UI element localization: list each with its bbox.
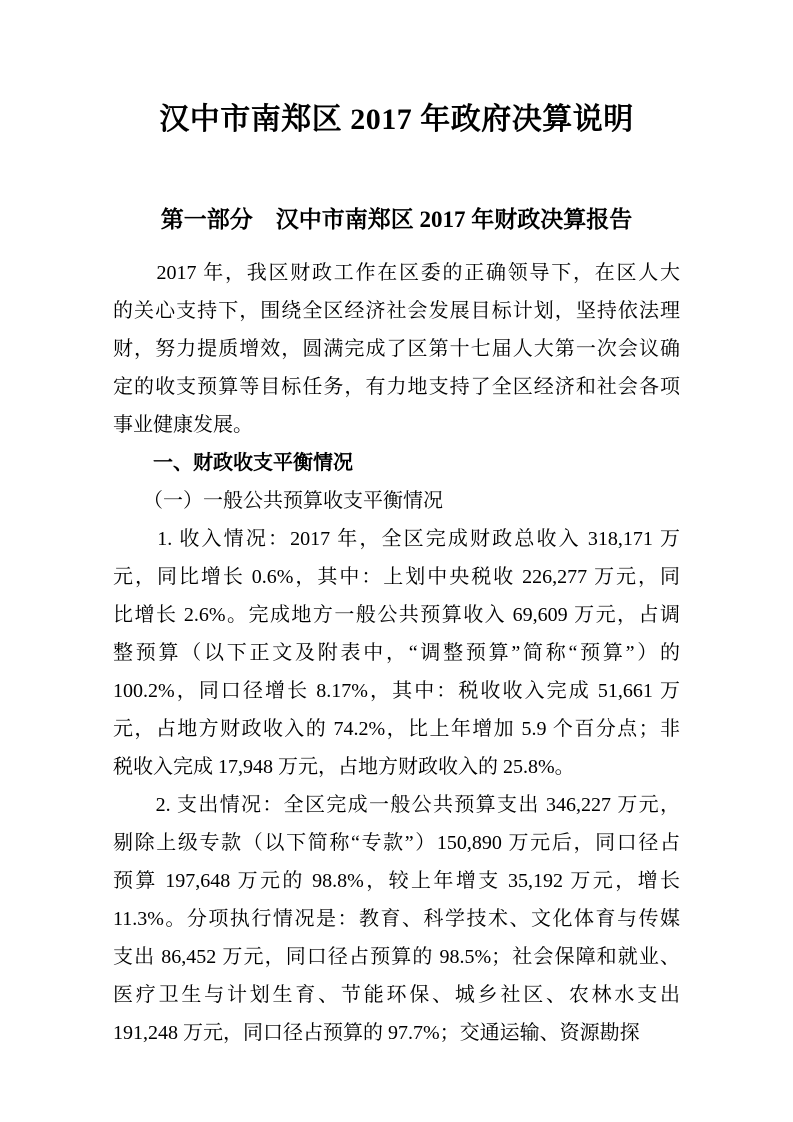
text-line: 事业健康发展。 (113, 406, 680, 444)
text-line: 整预算（以下正文及附表中，“调整预算”简称“预算”）的 (113, 634, 680, 672)
paragraph: 2. 支出情况：全区完成一般公共预算支出 346,227 万元，剔除上级专款（以… (113, 786, 680, 1052)
text-line: 元，占地方财政收入的 74.2%，比上年增加 5.9 个百分点；非 (113, 710, 680, 748)
text-line: 2017 年，我区财政工作在区委的正确领导下，在区人大 (113, 254, 680, 292)
text-line: 比增长 2.6%。完成地方一般公共预算收入 69,609 万元，占调 (113, 596, 680, 634)
text-line: 1. 收入情况：2017 年，全区完成财政总收入 318,171 万 (113, 520, 680, 558)
text-line: 2. 支出情况：全区完成一般公共预算支出 346,227 万元， (113, 786, 680, 824)
text-line: 医疗卫生与计划生育、节能环保、城乡社区、农林水支出 (113, 976, 680, 1014)
text-line: 一、财政收支平衡情况 (113, 444, 680, 482)
part-one-heading: 第一部分 汉中市南郑区 2017 年财政决算报告 (113, 200, 680, 240)
text-line: 定的收支预算等目标任务，有力地支持了全区经济和社会各项 (113, 368, 680, 406)
subsection-heading: （一）一般公共预算收支平衡情况 (113, 482, 680, 520)
text-line: 预算 197,648 万元的 98.8%，较上年增支 35,192 万元，增长 (113, 862, 680, 900)
text-line: 100.2%，同口径增长 8.17%，其中：税收收入完成 51,661 万 (113, 672, 680, 710)
document-content: 汉中市南郑区 2017 年政府决算说明 第一部分 汉中市南郑区 2017 年财政… (113, 0, 680, 1052)
text-line: 支出 86,452 万元，同口径占预算的 98.5%；社会保障和就业、 (113, 938, 680, 976)
text-line: 的关心支持下，围绕全区经济社会发展目标计划，坚持依法理 (113, 292, 680, 330)
text-line: （一）一般公共预算收支平衡情况 (113, 482, 680, 520)
text-line: 11.3%。分项执行情况是：教育、科学技术、文化体育与传媒 (113, 900, 680, 938)
text-line: 财，努力提质增效，圆满完成了区第十七届人大第一次会议确 (113, 330, 680, 368)
text-line: 税收入完成 17,948 万元，占地方财政收入的 25.8%。 (113, 748, 680, 786)
text-line: 元，同比增长 0.6%，其中：上划中央税收 226,277 万元，同 (113, 558, 680, 596)
paragraph: 2017 年，我区财政工作在区委的正确领导下，在区人大的关心支持下，围绕全区经济… (113, 254, 680, 444)
text-line: 191,248 万元，同口径占预算的 97.7%；交通运输、资源勘探 (113, 1014, 680, 1052)
document-page: 汉中市南郑区 2017 年政府决算说明 第一部分 汉中市南郑区 2017 年财政… (0, 0, 793, 1122)
section-heading: 一、财政收支平衡情况 (113, 444, 680, 482)
document-body: 2017 年，我区财政工作在区委的正确领导下，在区人大的关心支持下，围绕全区经济… (113, 254, 680, 1052)
document-title: 汉中市南郑区 2017 年政府决算说明 (113, 0, 680, 142)
paragraph: 1. 收入情况：2017 年，全区完成财政总收入 318,171 万元，同比增长… (113, 520, 680, 786)
text-line: 剔除上级专款（以下简称“专款”）150,890 万元后，同口径占 (113, 824, 680, 862)
